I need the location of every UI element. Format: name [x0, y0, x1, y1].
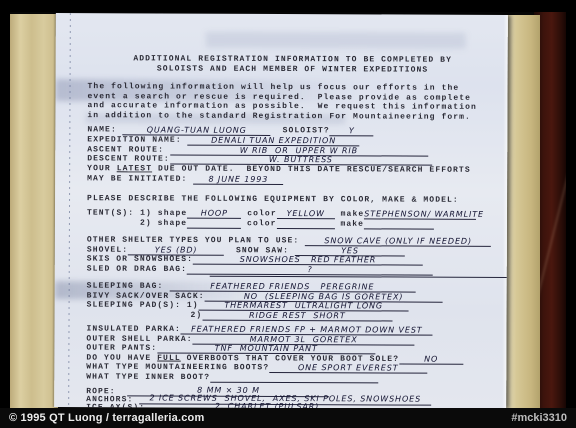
due-out-date-value-field: 8 JUNE 1993 — [193, 175, 283, 185]
field-sleeping-pad2: 2)RIDGE REST SHORT — [87, 310, 501, 321]
manila-folder-left-edge — [10, 14, 58, 408]
skis-label: SKIS OR SNOWSHOES: — [87, 255, 193, 264]
photo-of-registration-form: ADDITIONAL REGISTRATION INFORMATION TO B… — [0, 0, 576, 428]
pads2-label: 2) — [191, 311, 203, 320]
tent1-make-value: STEPHENSON/ WARMLITE — [364, 209, 484, 219]
sleeping-bag-value: FEATHERED FRIENDS PEREGRINE — [210, 282, 374, 292]
field-due-out-date: MAY BE INITIATED: 8 JUNE 1993 — [87, 174, 501, 186]
tent1-shape-value: HOOP — [201, 209, 228, 218]
tent1-color-label: color — [247, 209, 277, 218]
form-title: ADDITIONAL REGISTRATION INFORMATION TO B… — [84, 54, 502, 75]
photo-id-text: #mcki3310 — [511, 412, 567, 424]
boots-value: ONE SPORT EVEREST — [298, 363, 399, 372]
clothing-section: INSULATED PARKA:FEATHERED FRIENDS FP + M… — [86, 324, 500, 383]
overboots-pre: DO YOU HAVE — [86, 353, 157, 362]
photo-area: ADDITIONAL REGISTRATION INFORMATION TO B… — [10, 12, 566, 408]
snow-saw-label: SNOW SAW: — [236, 246, 289, 255]
tent2-shape-field — [187, 218, 241, 228]
pad1-value: THERMAREST ULTRALIGHT LONG — [224, 301, 383, 311]
intro-paragraph: The following information will help us f… — [87, 82, 501, 122]
shovel-value: YES (BD) — [155, 245, 198, 254]
shelter-section: OTHER SHELTER TYPES YOU PLAN TO USE: SNO… — [87, 235, 501, 275]
other-shelter-value: SNOW CAVE (ONLY IF NEEDED) — [324, 236, 472, 246]
hardware-section: ROPE: 8 MM × 30 M ANCHORS: 2 ICE SCREWS … — [86, 386, 500, 408]
pads1-label: SLEEPING PAD(S): 1) — [87, 301, 199, 310]
copyright-text: © 1995 QT Luong / terragalleria.com — [9, 412, 204, 424]
due-out-post: DUE OUT DATE. BEYOND THIS DATE RESCUE/SE… — [152, 165, 471, 175]
tent1-label: TENT(S): 1) shape — [87, 209, 187, 218]
inner-boot-label: WHAT TYPE INNER BOOT? — [86, 373, 210, 383]
name-value: QUANG-TUAN LUONG — [147, 125, 247, 134]
overboots-value: NO — [424, 354, 438, 363]
field-sled: SLED OR DRAG BAG:? — [87, 264, 501, 275]
bivy-value: NO (SLEEPING BAG IS GORETEX) — [244, 291, 404, 301]
soloist-value-field: Y — [330, 126, 374, 136]
tent2-make-field — [364, 219, 434, 229]
overboots-full-underlined: FULL — [157, 354, 181, 363]
due-out-pre: YOUR — [87, 164, 117, 173]
pad2-value: RIDGE REST SHORT — [249, 311, 346, 320]
name-value-field: QUANG-TUAN LUONG — [123, 125, 271, 136]
inner-boot-value-field — [210, 373, 378, 384]
due-out-latest-underlined: LATEST — [117, 164, 152, 173]
due-out-date-value: 8 JUNE 1993 — [208, 175, 268, 184]
describe-equipment-label: PLEASE DESCRIBE THE FOLLOWING EQUIPMENT … — [87, 194, 501, 205]
soloist-label: SOLOIST? — [283, 126, 330, 135]
intro-line: in addition to the standard Registration… — [87, 111, 501, 122]
ascent-route-label: ASCENT ROUTE: — [87, 145, 164, 154]
field-inner-boot: WHAT TYPE INNER BOOT? — [86, 372, 500, 383]
boots-label: WHAT TYPE MOUNTAINEERING BOOTS? — [86, 363, 269, 373]
insulated-parka-value: FEATHERED FRIENDS FP + MARMOT DOWN VEST — [191, 325, 422, 335]
outer-pants-value: TNF MOUNTAIN PANT — [215, 344, 318, 353]
identity-section: NAME: QUANG-TUAN LUONG SOLOIST?Y EXPEDIT… — [87, 125, 501, 186]
sled-value: ? — [307, 265, 312, 274]
tent2-label: 2) shape — [140, 218, 187, 227]
bivy-label: BIVY SACK/OVER SACK: — [87, 291, 205, 301]
form-content: ADDITIONAL REGISTRATION INFORMATION TO B… — [54, 13, 508, 408]
tent2-make-label: make — [340, 219, 364, 228]
soloist-value: Y — [349, 126, 355, 135]
registration-form-paper: ADDITIONAL REGISTRATION INFORMATION TO B… — [54, 13, 508, 408]
pad2-value-field: RIDGE REST SHORT — [202, 310, 392, 321]
descent-route-value: W. BUTTRESS — [269, 155, 333, 164]
shell-parka-label: OUTER SHELL PARKA: — [86, 334, 192, 343]
outer-pants-label: OUTER PANTS: — [86, 344, 157, 353]
descent-route-label: DESCENT ROUTE: — [87, 155, 170, 164]
initiated-label: MAY BE INITIATED: — [87, 174, 187, 183]
sleeping-section: SLEEPING BAG: FEATHERED FRIENDS PEREGRIN… — [87, 281, 501, 321]
tent2-color-label: color — [247, 219, 277, 228]
tent-section: TENT(S): 1) shapeHOOP colorYELLOW makeST… — [87, 208, 501, 229]
expedition-name-label: EXPEDITION NAME: — [87, 135, 181, 144]
other-shelter-label: OTHER SHELTER TYPES YOU PLAN TO USE: — [87, 236, 299, 246]
skis-value: SNOWSHOES RED FEATHER — [240, 255, 377, 265]
form-title-line1: ADDITIONAL REGISTRATION INFORMATION TO B… — [84, 54, 502, 65]
sled-value-field: ? — [187, 264, 433, 275]
tent2-color-field — [277, 219, 335, 229]
ascent-route-value: W RIB OR UPPER W RIB — [240, 145, 358, 155]
insulated-parka-label: INSULATED PARKA: — [86, 325, 180, 334]
snow-saw-value: YES — [341, 246, 359, 255]
equipment-instruction: PLEASE DESCRIBE THE FOLLOWING EQUIPMENT … — [87, 194, 501, 205]
tent1-color-value: YELLOW — [287, 209, 325, 218]
extra-rule-line — [210, 276, 508, 278]
caption-bar: © 1995 QT Luong / terragalleria.com #mck… — [0, 408, 576, 428]
form-title-line2: SOLOISTS AND EACH MEMBER OF WINTER EXPED… — [84, 64, 502, 75]
name-label: NAME: — [87, 125, 117, 134]
sled-label: SLED OR DRAG BAG: — [87, 264, 187, 273]
shovel-label: SHOVEL: — [87, 245, 128, 254]
shell-parka-value: MARMOT 3L GORETEX — [250, 334, 358, 343]
sleeping-bag-label: SLEEPING BAG: — [87, 282, 164, 291]
manila-folder-right-edge — [504, 15, 540, 408]
expedition-name-value: DENALI TUAN EXPEDITION — [211, 135, 336, 145]
tent1-make-label: make — [341, 210, 365, 219]
